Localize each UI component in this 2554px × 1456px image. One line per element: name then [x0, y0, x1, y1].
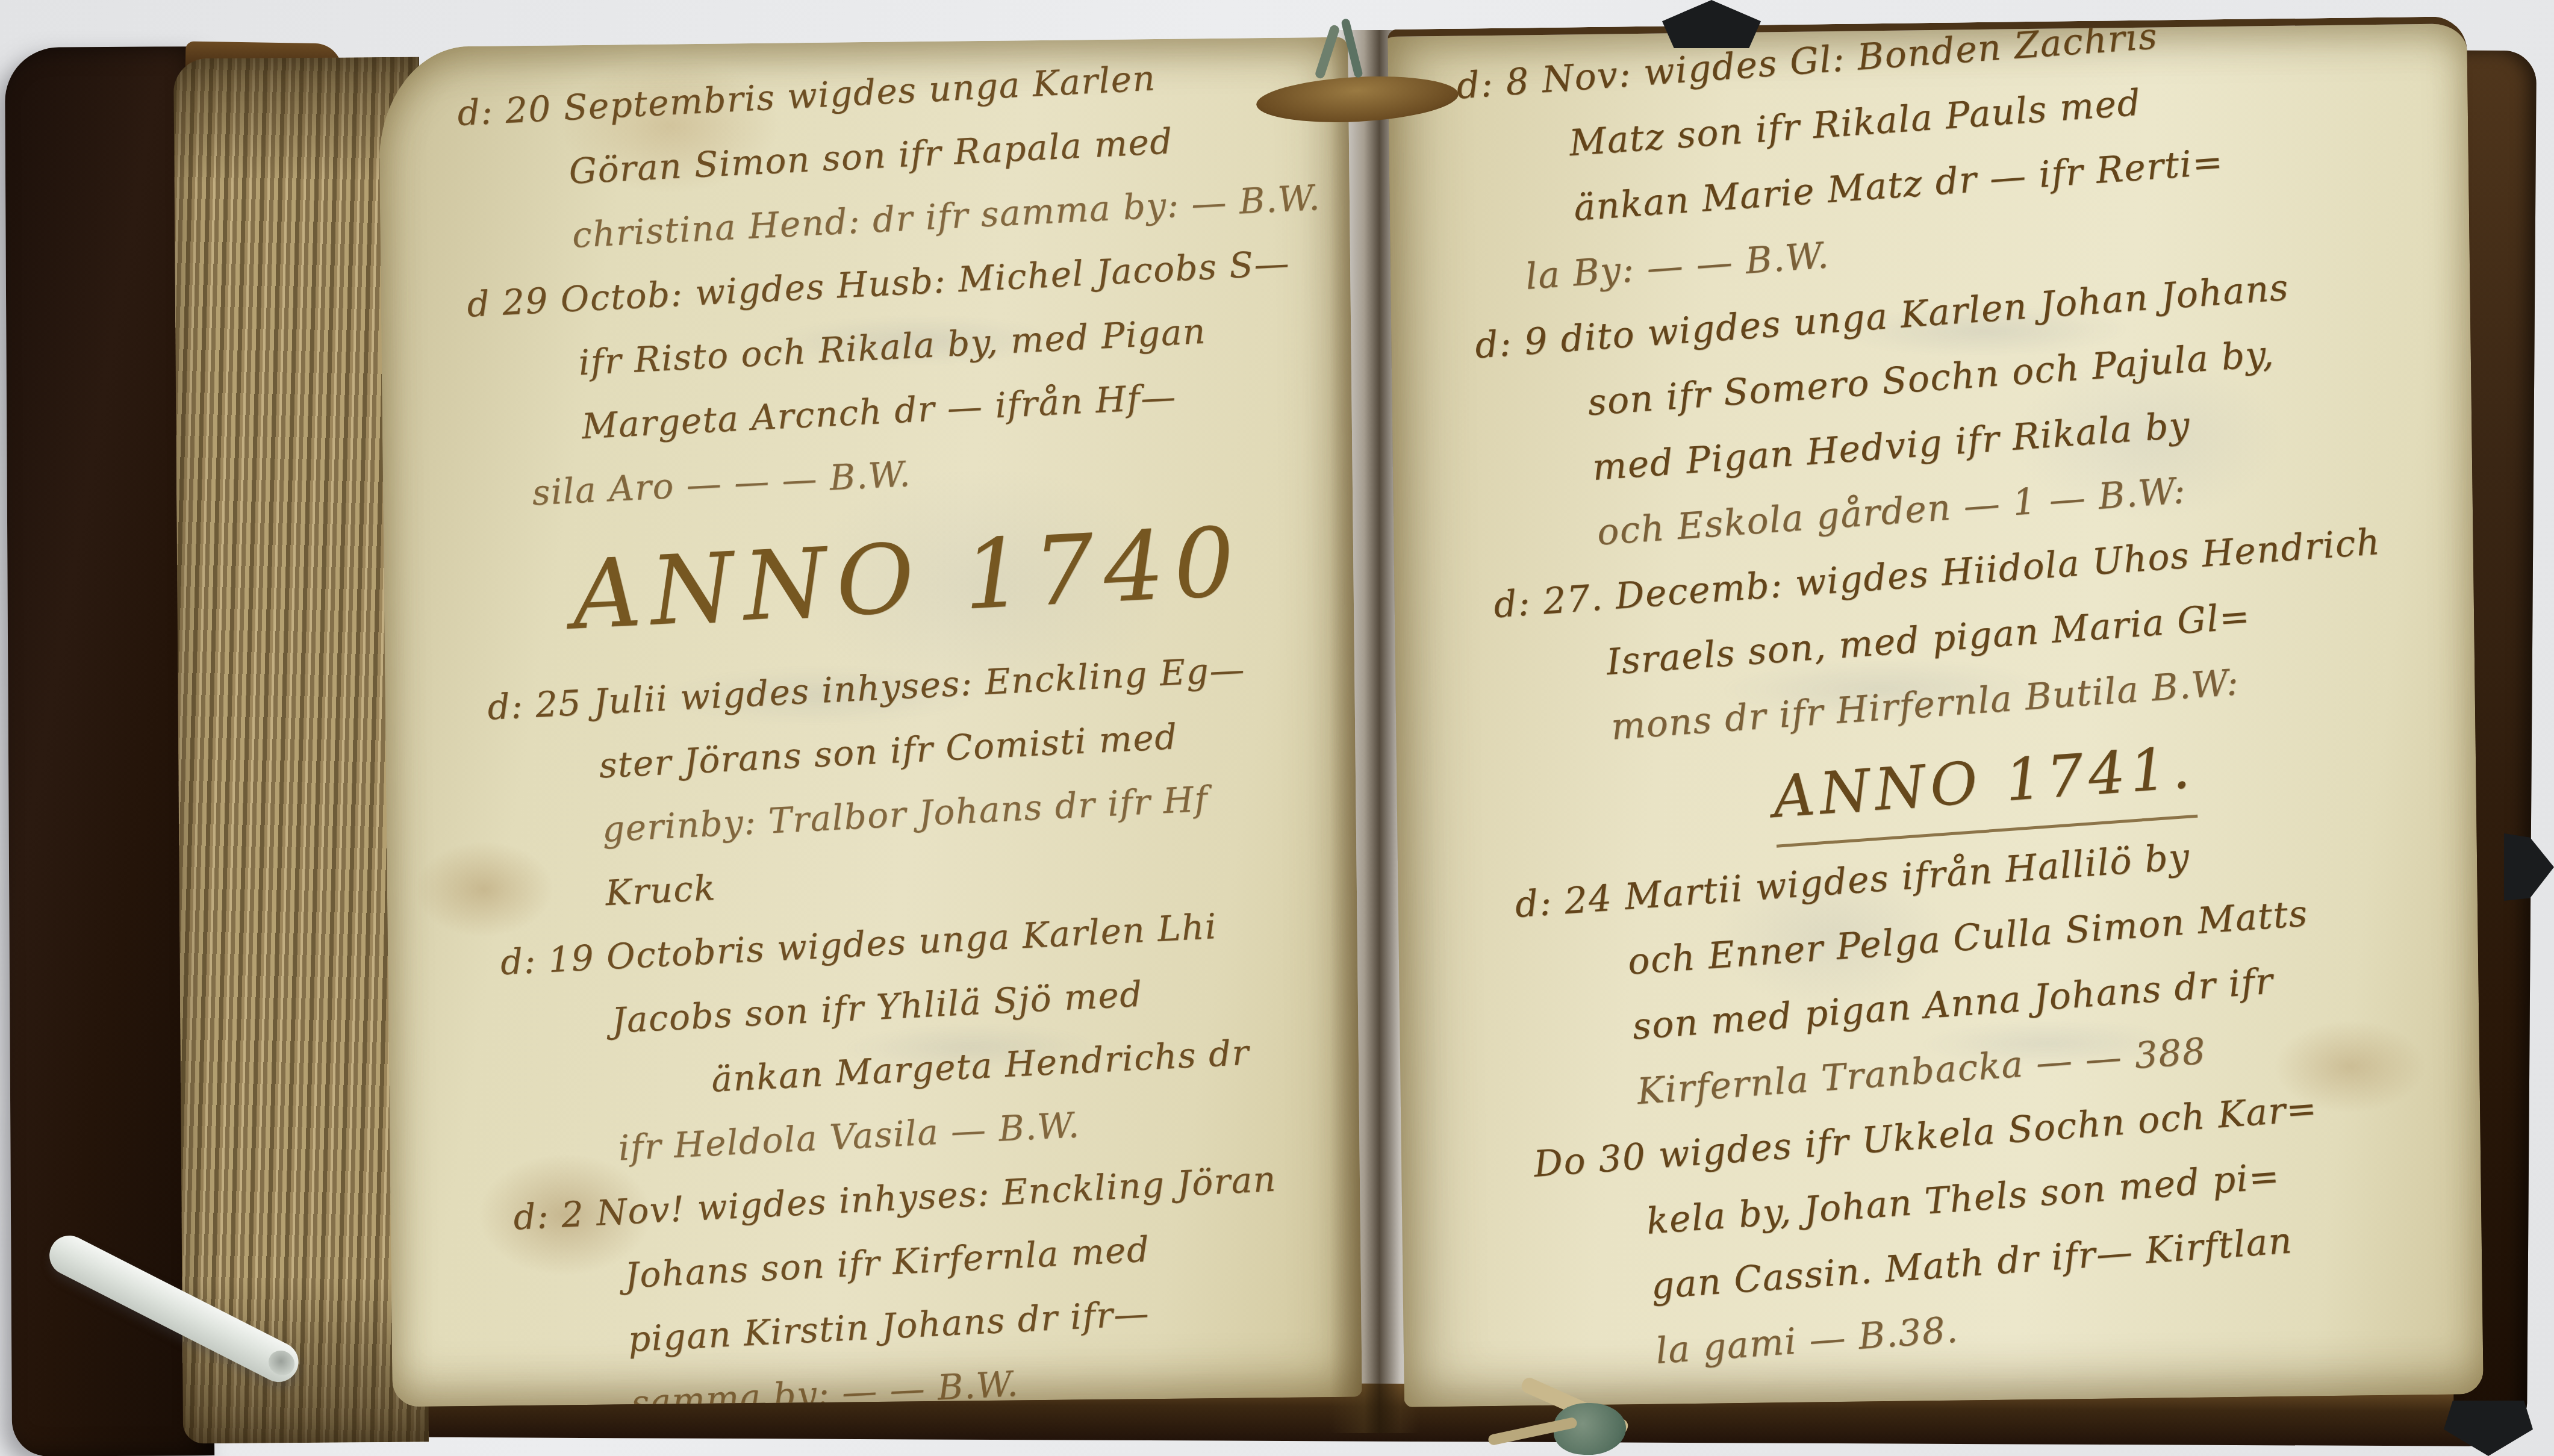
mounting-clip-bottom-right-icon [2444, 1401, 2533, 1456]
right-page-text: d: 8 Nov: wigdes Gl: Bonden Zachris Matz… [1454, 16, 2484, 1392]
photo-of-register-book: d: 20 Septembris wigdes unga Karlen Göra… [0, 0, 2554, 1456]
mounting-clip-top-icon [1662, 0, 1761, 48]
right-page: d: 8 Nov: wigdes Gl: Bonden Zachris Matz… [1388, 16, 2484, 1407]
left-page: d: 20 Septembris wigdes unga Karlen Göra… [378, 37, 1362, 1407]
mounting-clip-right-icon [2504, 833, 2554, 901]
left-page-year-heading: ANNO 1740 [569, 493, 1351, 659]
left-page-text: d: 20 Septembris wigdes unga Karlen Göra… [456, 37, 1362, 1407]
